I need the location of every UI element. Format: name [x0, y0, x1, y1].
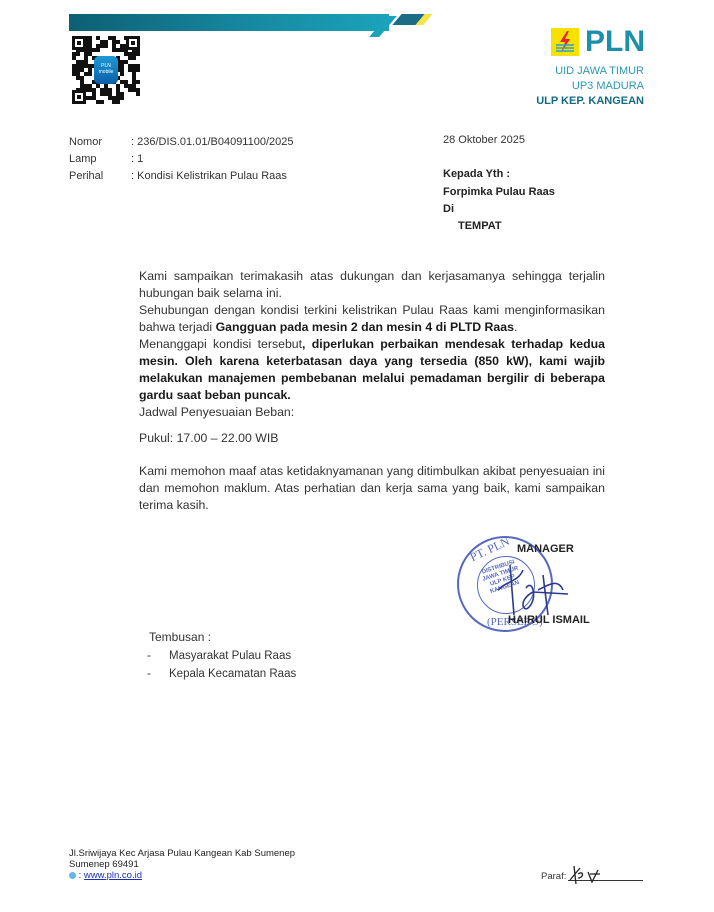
meta-value: : Kondisi Kelistrikan Pulau Raas: [131, 168, 287, 185]
recipient-line: TEMPAT: [458, 220, 502, 232]
website-link[interactable]: www.pln.co.id: [84, 870, 142, 881]
footer-address: Jl.Sriwijaya Kec Arjasa Pulau Kangean Ka…: [69, 848, 295, 859]
header-band: [69, 14, 389, 31]
qr-finder: [72, 36, 86, 50]
cc-item: -Kepala Kecamatan Raas: [147, 668, 296, 680]
signatory-title: MANAGER: [517, 543, 574, 555]
paraf-label: Paraf:: [541, 871, 566, 882]
cc-item: -Masyarakat Pulau Raas: [147, 650, 291, 662]
recipient-line: Forpimka Pulau Raas: [443, 186, 555, 198]
unit-line: UID JAWA TIMUR: [555, 65, 644, 78]
meta-label: Lamp: [69, 151, 129, 168]
qr-finder: [126, 36, 140, 50]
paragraph-disruption: Sehubungan dengan kondisi terkini kelist…: [139, 302, 605, 336]
pln-lightning-logo-icon: [551, 28, 579, 56]
closing-paragraph: Kami memohon maaf atas ketidaknyamanan y…: [139, 463, 605, 514]
cc-title: Tembusan :: [149, 630, 211, 644]
schedule-time: Pukul: 17.00 – 22.00 WIB: [139, 431, 278, 445]
schedule-label: Jadwal Penyesuaian Beban:: [139, 404, 605, 421]
globe-icon: [69, 872, 76, 879]
footer-website: : www.pln.co.id: [69, 870, 142, 881]
recipient-line: Di: [443, 203, 454, 215]
letter-body: Kami sampaikan terimakasih atas dukungan…: [139, 268, 605, 421]
initials-scribble-icon: [566, 864, 606, 886]
unit-line: UP3 MADURA: [572, 80, 644, 93]
paragraph-greeting: Kami sampaikan terimakasih atas dukungan…: [139, 268, 605, 302]
footer-address: Sumenep 69491: [69, 859, 139, 870]
pln-mobile-icon: PLN mobile: [94, 56, 118, 84]
signatory-name: HAIRUL ISMAIL: [508, 614, 590, 626]
unit-line: ULP KEP. KANGEAN: [536, 95, 644, 108]
letter-date: 28 Oktober 2025: [443, 134, 525, 146]
meta-value: : 1: [131, 151, 143, 168]
qr-code: PLN mobile: [72, 36, 140, 104]
meta-label: Nomor: [69, 134, 129, 151]
meta-value: : 236/DIS.01.01/B04091100/2025: [131, 134, 294, 151]
recipient-line: Kepada Yth :: [443, 168, 510, 180]
brand-name: PLN: [585, 26, 645, 58]
paragraph-action: Menanggapi kondisi tersebut, diperlukan …: [139, 336, 605, 404]
qr-finder: [72, 90, 86, 104]
signature-scribble-icon: [488, 560, 578, 620]
meta-label: Perihal: [69, 168, 129, 185]
